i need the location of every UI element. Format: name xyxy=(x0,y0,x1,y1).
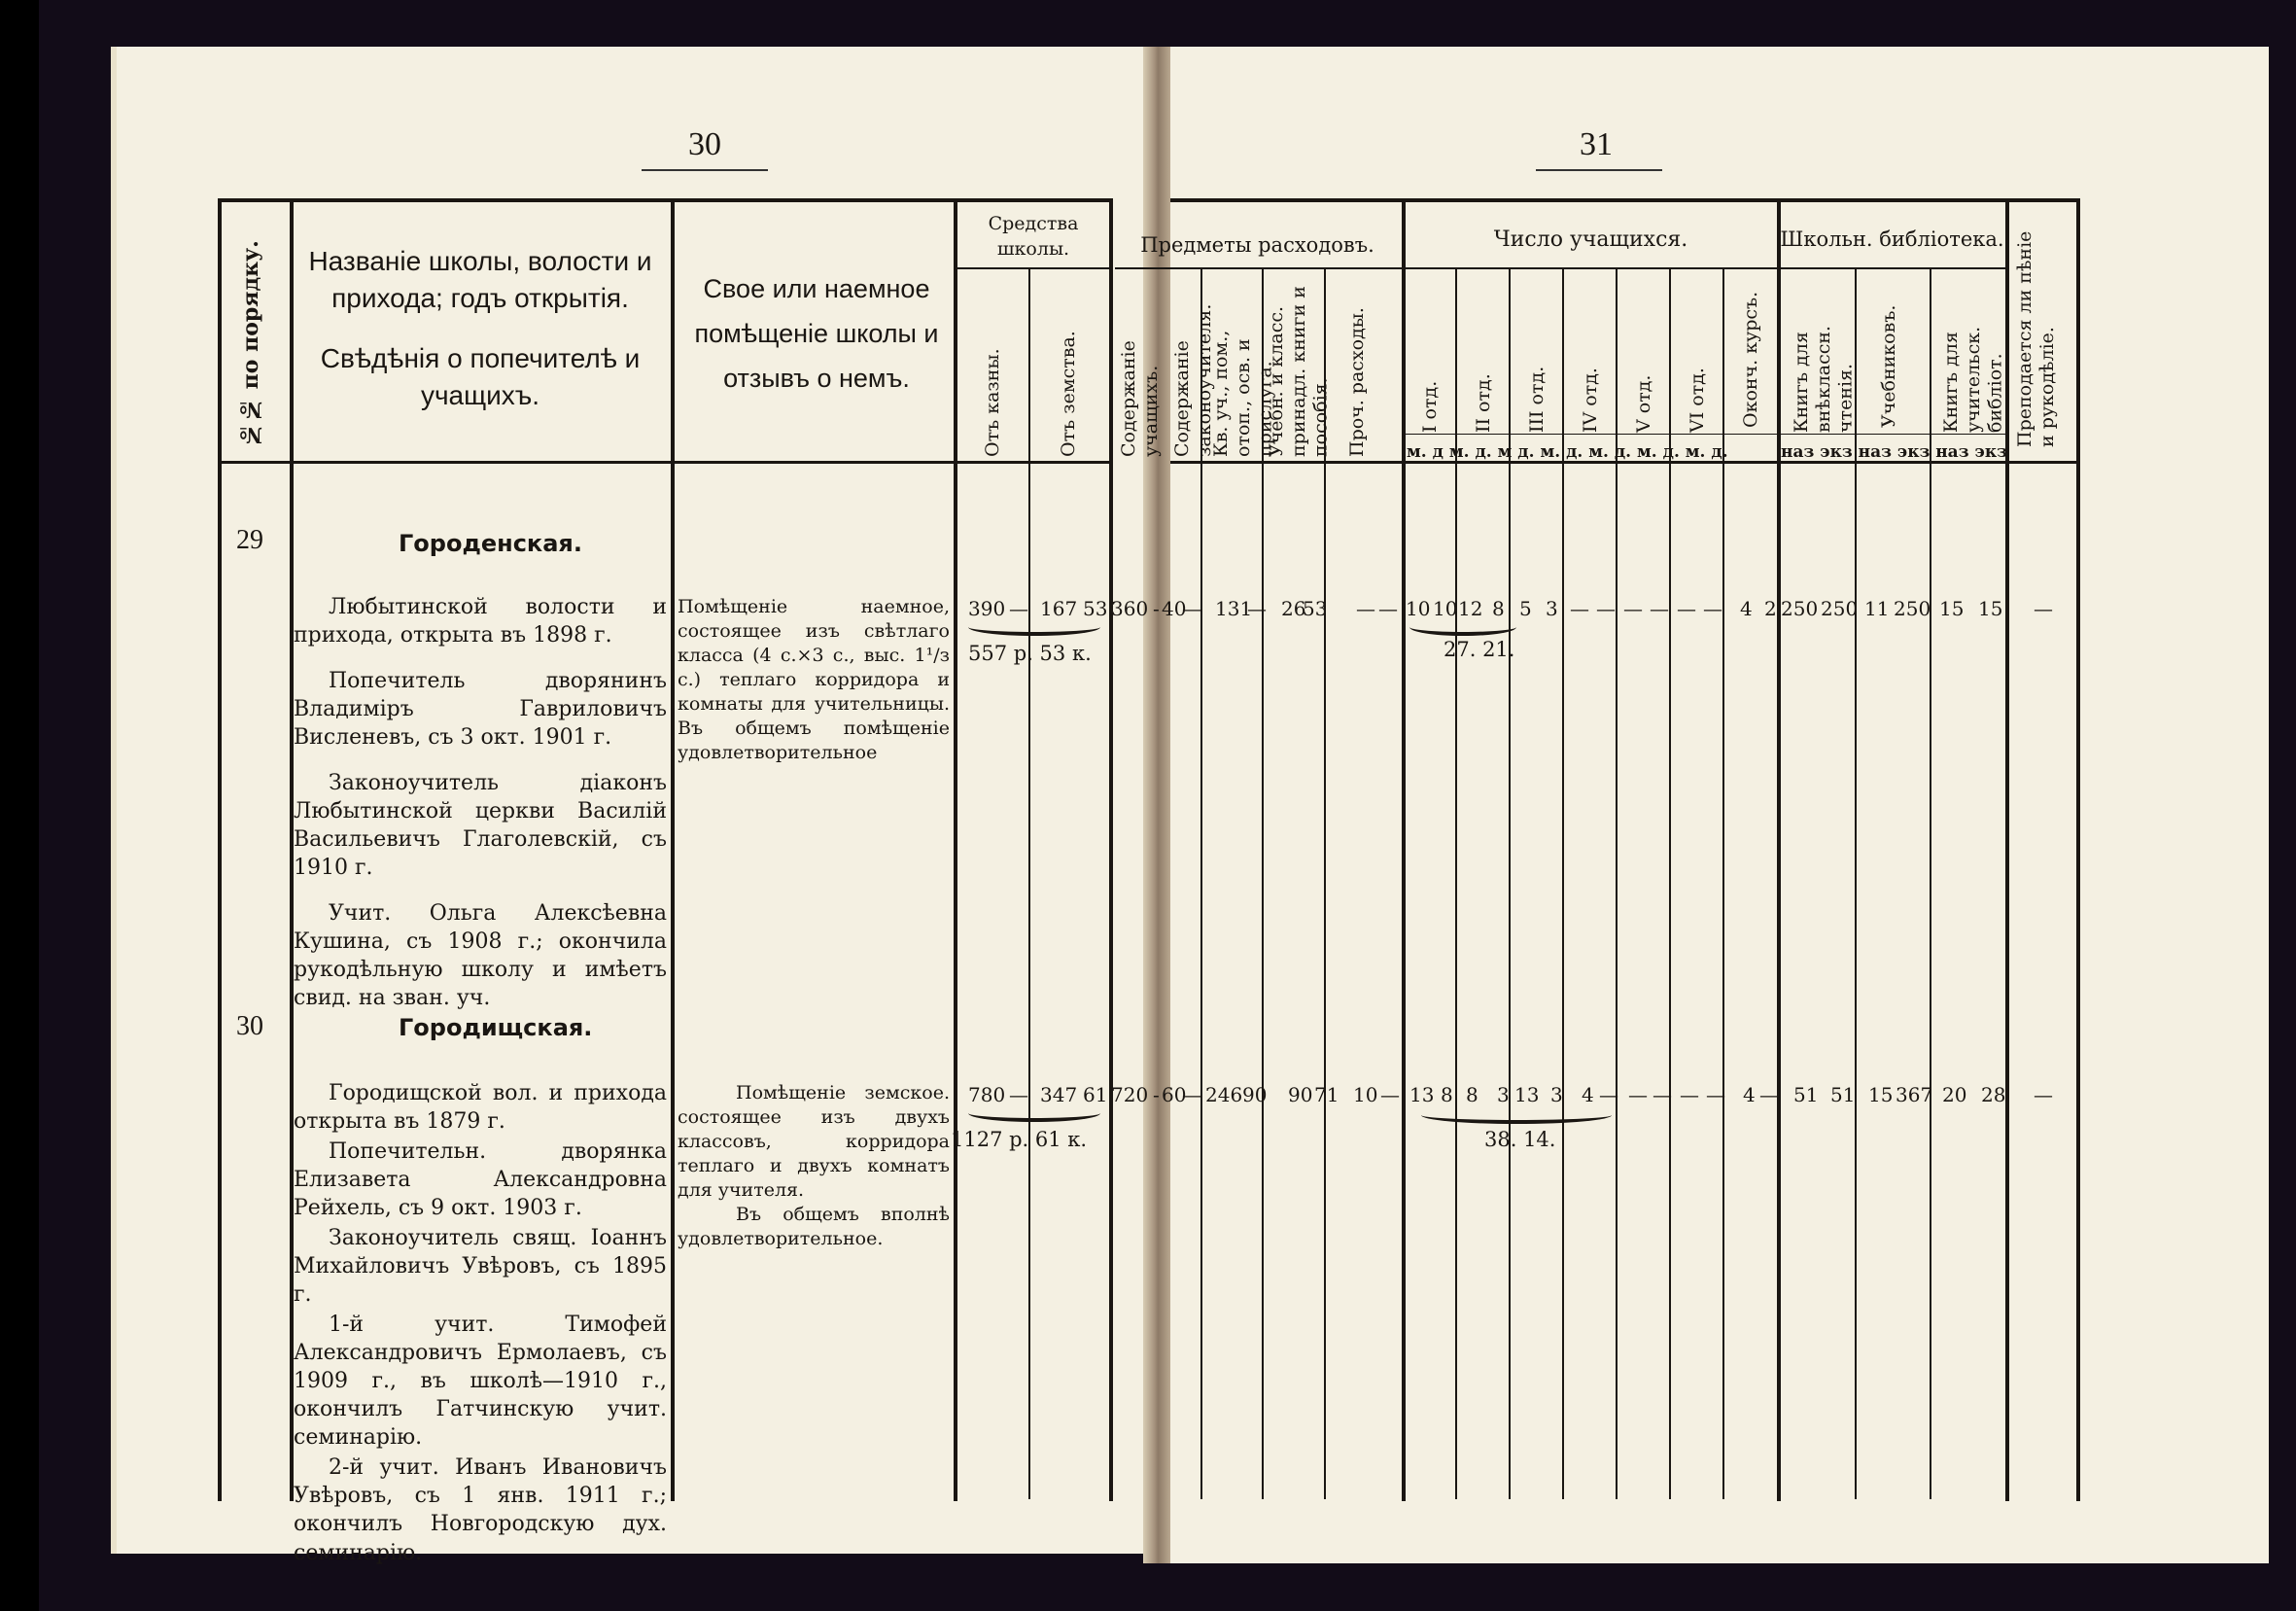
exp-other-k: — xyxy=(1378,597,1398,620)
exp-books-k: 53 xyxy=(1303,597,1327,620)
students-total: 27. 21. xyxy=(1444,638,1514,661)
exp-catechist-k: — xyxy=(1182,1083,1201,1106)
header-singing: Преподается ли пѣніе и рукодѣліе. xyxy=(2014,224,2059,447)
header-funds-treasury: Отъ казны. xyxy=(982,292,1004,457)
right-page xyxy=(1170,47,2269,1563)
exp-teachers-k: - xyxy=(1153,597,1160,620)
lib-extra-titles: 51 xyxy=(1793,1083,1818,1106)
graduated-d: 2 xyxy=(1764,597,1777,620)
grade-6-d: — xyxy=(1706,1083,1725,1106)
grade-2-d: 3 xyxy=(1497,1083,1510,1106)
exp-housing-k: 90 xyxy=(1242,1083,1267,1106)
exp-catechist-k: — xyxy=(1182,597,1201,620)
col-divider xyxy=(1109,198,1113,1501)
students-brace xyxy=(1409,618,1516,636)
grade-3-m: 13 xyxy=(1514,1083,1539,1106)
info-parish: Любытинской волости и прихода, открыта в… xyxy=(294,593,667,649)
table-top-rule xyxy=(218,198,1112,202)
lib-teach-copies: 15 xyxy=(1978,597,2002,620)
exp-teachers: 720 xyxy=(1111,1083,1148,1106)
sub-m: м. д м. д. м д. м. д. м. д. м. д. м. д. xyxy=(1407,442,1728,462)
funds-zemstvo-k: 53 xyxy=(1083,597,1107,620)
lib-teach-titles: 20 xyxy=(1942,1083,1966,1106)
funds-group-rule xyxy=(957,267,1113,269)
grade-1-d: 10 xyxy=(1433,597,1457,620)
header-exp-teachers: Содержаніе учащихъ. xyxy=(1118,292,1163,457)
grade-5-m: — xyxy=(1628,1083,1648,1106)
col-divider xyxy=(1028,269,1030,1499)
school-name: Городищская. xyxy=(399,1014,592,1041)
header-grade-6: VI отд. xyxy=(1687,350,1709,433)
header-funds-zemstvo: Отъ земства. xyxy=(1058,292,1080,457)
col-divider xyxy=(671,198,675,1501)
header-library-group: Школьн. библіотека. xyxy=(1779,226,2005,253)
header-exp-other: Проч. расходы. xyxy=(1346,292,1369,457)
premises-text: Помѣщеніе наемное, состоящее изъ свѣтлаг… xyxy=(678,595,950,766)
header-exp-catechist: Содержаніе законоучителя. xyxy=(1171,292,1216,457)
funds-treasury: 390 xyxy=(968,597,1005,620)
lib-teach-titles: 15 xyxy=(1939,597,1964,620)
info-catechist: Законоучитель свящ. Іоаннъ Михайловичъ У… xyxy=(294,1224,667,1309)
lib-extra-copies: 51 xyxy=(1830,1083,1855,1106)
table-top-rule xyxy=(1170,198,2079,202)
grade-1-m: 13 xyxy=(1409,1083,1434,1106)
page-number-right: 31 xyxy=(1580,126,1613,163)
funds-zemstvo: 167 xyxy=(1040,597,1077,620)
funds-brace xyxy=(968,618,1100,636)
info-parish: Городищской вол. и прихода открыта въ 18… xyxy=(294,1079,667,1136)
book-gutter xyxy=(1143,47,1170,1563)
header-premises: Свое или наемное помѣщеніе школы и отзыв… xyxy=(680,267,953,402)
expenses-group-rule xyxy=(1115,267,1402,269)
grade-3-m: 5 xyxy=(1519,597,1532,620)
header-grade-5: V отд. xyxy=(1633,350,1655,433)
funds-treasury-k: — xyxy=(1009,1083,1028,1106)
grade-4-d: — xyxy=(1599,1083,1618,1106)
funds-total: 1127 р. 61 к. xyxy=(951,1128,1087,1151)
header-school-name: Названіе школы, волости и прихода; годъ … xyxy=(292,243,669,317)
grade-4-m: 4 xyxy=(1582,1083,1594,1106)
premises-desc: Помѣщеніе земское. состоящее изъ двухъ к… xyxy=(678,1081,950,1203)
grade-1-m: 10 xyxy=(1406,597,1430,620)
grade-4-d: — xyxy=(1596,597,1616,620)
exp-teachers: 360 xyxy=(1111,597,1148,620)
header-grade-2: II отд. xyxy=(1473,350,1495,433)
funds-treasury-k: — xyxy=(1009,597,1028,620)
premises-review: Въ общемъ вполнѣ удовлетворительное. xyxy=(678,1203,950,1251)
graduated-m: 4 xyxy=(1740,597,1753,620)
page-number-rule xyxy=(642,169,768,171)
grade-3-d: 3 xyxy=(1550,1083,1563,1106)
school-name: Городенская. xyxy=(399,530,582,557)
header-lib-extracurricular: Книгъ для внѣклассн. чтенія. xyxy=(1791,277,1857,433)
grade-5-m: — xyxy=(1623,597,1643,620)
grade-3-d: 3 xyxy=(1546,597,1558,620)
info-teacher-1: 1-й учит. Тимофей Александровичъ Ермолае… xyxy=(294,1311,667,1452)
students-brace xyxy=(1421,1106,1612,1124)
info-catechist: Законоучитель діаконъ Любытинской церкви… xyxy=(294,769,667,882)
header-funds-group: Средства школы. xyxy=(957,212,1109,262)
col-divider xyxy=(1402,198,1406,1501)
grade-5-d: — xyxy=(1652,1083,1672,1106)
header-grade-1: I отд. xyxy=(1419,350,1442,433)
page-number-rule xyxy=(1536,169,1662,171)
lib-text-titles: 15 xyxy=(1868,1083,1893,1106)
lib-extra-titles: 250 xyxy=(1781,597,1818,620)
grade-6-m: — xyxy=(1677,597,1696,620)
graduated-m: 4 xyxy=(1743,1083,1756,1106)
exp-other: — xyxy=(1356,597,1375,620)
info-teacher: Учит. Ольга Алексѣевна Кушина, съ 1908 г… xyxy=(294,899,667,1012)
sub-library: наз экз наз экз наз экз xyxy=(1781,442,2007,462)
exp-other-k: — xyxy=(1380,1083,1400,1106)
info-trustee: Попечительн. дворянка Елизавета Александ… xyxy=(294,1138,667,1222)
page-number-left: 30 xyxy=(688,126,721,163)
exp-teachers-k: - xyxy=(1153,1083,1160,1106)
header-grade-4: IV отд. xyxy=(1580,350,1602,433)
header-lib-teachers: Книгъ для учительск. библіот. xyxy=(1940,277,2006,433)
header-bottom-rule xyxy=(218,461,1112,464)
header-lib-textbooks: Учебниковъ. xyxy=(1878,292,1900,428)
exp-books-k: 71 xyxy=(1314,1083,1339,1106)
row-number: 30 xyxy=(236,1011,263,1042)
header-students-group: Число учащихся. xyxy=(1405,226,1777,255)
lib-extra-copies: 250 xyxy=(1821,597,1858,620)
funds-treasury: 780 xyxy=(968,1083,1005,1106)
header-school-info: Свѣдѣнія о попечителѣ и учащихъ. xyxy=(292,340,669,414)
grade-2-d: 8 xyxy=(1492,597,1505,620)
lib-text-copies: 250 xyxy=(1894,597,1931,620)
exp-housing: 246 xyxy=(1205,1083,1242,1106)
library-sub-rule xyxy=(1779,434,2007,435)
grade-2-m: 12 xyxy=(1458,597,1482,620)
singing-value: — xyxy=(2034,1083,2053,1106)
grade-5-d: — xyxy=(1650,597,1669,620)
funds-total: 557 р. 53 к. xyxy=(968,642,1092,665)
row-number: 29 xyxy=(236,525,263,556)
info-trustee: Попечитель дворянинъ Владиміръ Гаврилови… xyxy=(294,667,667,752)
grade-2-m: 8 xyxy=(1466,1083,1478,1106)
grade-1-d: 8 xyxy=(1441,1083,1453,1106)
lib-text-copies: 367 xyxy=(1896,1083,1932,1106)
funds-zemstvo-k: 61 xyxy=(1083,1083,1107,1106)
exp-other: 10 xyxy=(1353,1083,1377,1106)
grade-6-m: — xyxy=(1680,1083,1699,1106)
students-total: 38. 14. xyxy=(1484,1128,1555,1151)
header-grade-3: III отд. xyxy=(1526,350,1548,433)
exp-books: 90 xyxy=(1288,1083,1312,1106)
col-divider xyxy=(954,198,957,1501)
header-expenses-group: Предметы расходовъ. xyxy=(1113,231,1402,259)
singing-value: — xyxy=(2034,597,2053,620)
header-exp-books: Учебн. и класс. принадл. книги и пособія… xyxy=(1266,277,1332,457)
grade-4-m: — xyxy=(1570,597,1589,620)
lib-text-titles: 11 xyxy=(1864,597,1889,620)
col-divider xyxy=(1777,198,1781,1501)
school-info: Любытинской волости и прихода, открыта в… xyxy=(294,593,667,1030)
exp-housing-k: — xyxy=(1247,597,1267,620)
graduated-d: — xyxy=(1759,1083,1779,1106)
lib-teach-copies: 28 xyxy=(1981,1083,2005,1106)
grade-6-d: — xyxy=(1703,597,1722,620)
premises-text: Помѣщеніе земское. состоящее изъ двухъ к… xyxy=(678,1081,950,1252)
header-graduated: Оконч. курсъ. xyxy=(1740,282,1762,428)
school-info: Городищской вол. и прихода открыта въ 18… xyxy=(294,1079,667,1569)
library-group-rule xyxy=(1779,267,2007,269)
info-teacher-2: 2-й учит. Иванъ Ивановичъ Увѣровъ, съ 1 … xyxy=(294,1453,667,1566)
table-left-border xyxy=(218,198,222,1501)
header-number: №№ по порядку. xyxy=(238,233,263,447)
table-right-border xyxy=(2076,198,2080,1501)
funds-zemstvo: 347 xyxy=(1040,1083,1077,1106)
funds-brace xyxy=(968,1104,1100,1122)
